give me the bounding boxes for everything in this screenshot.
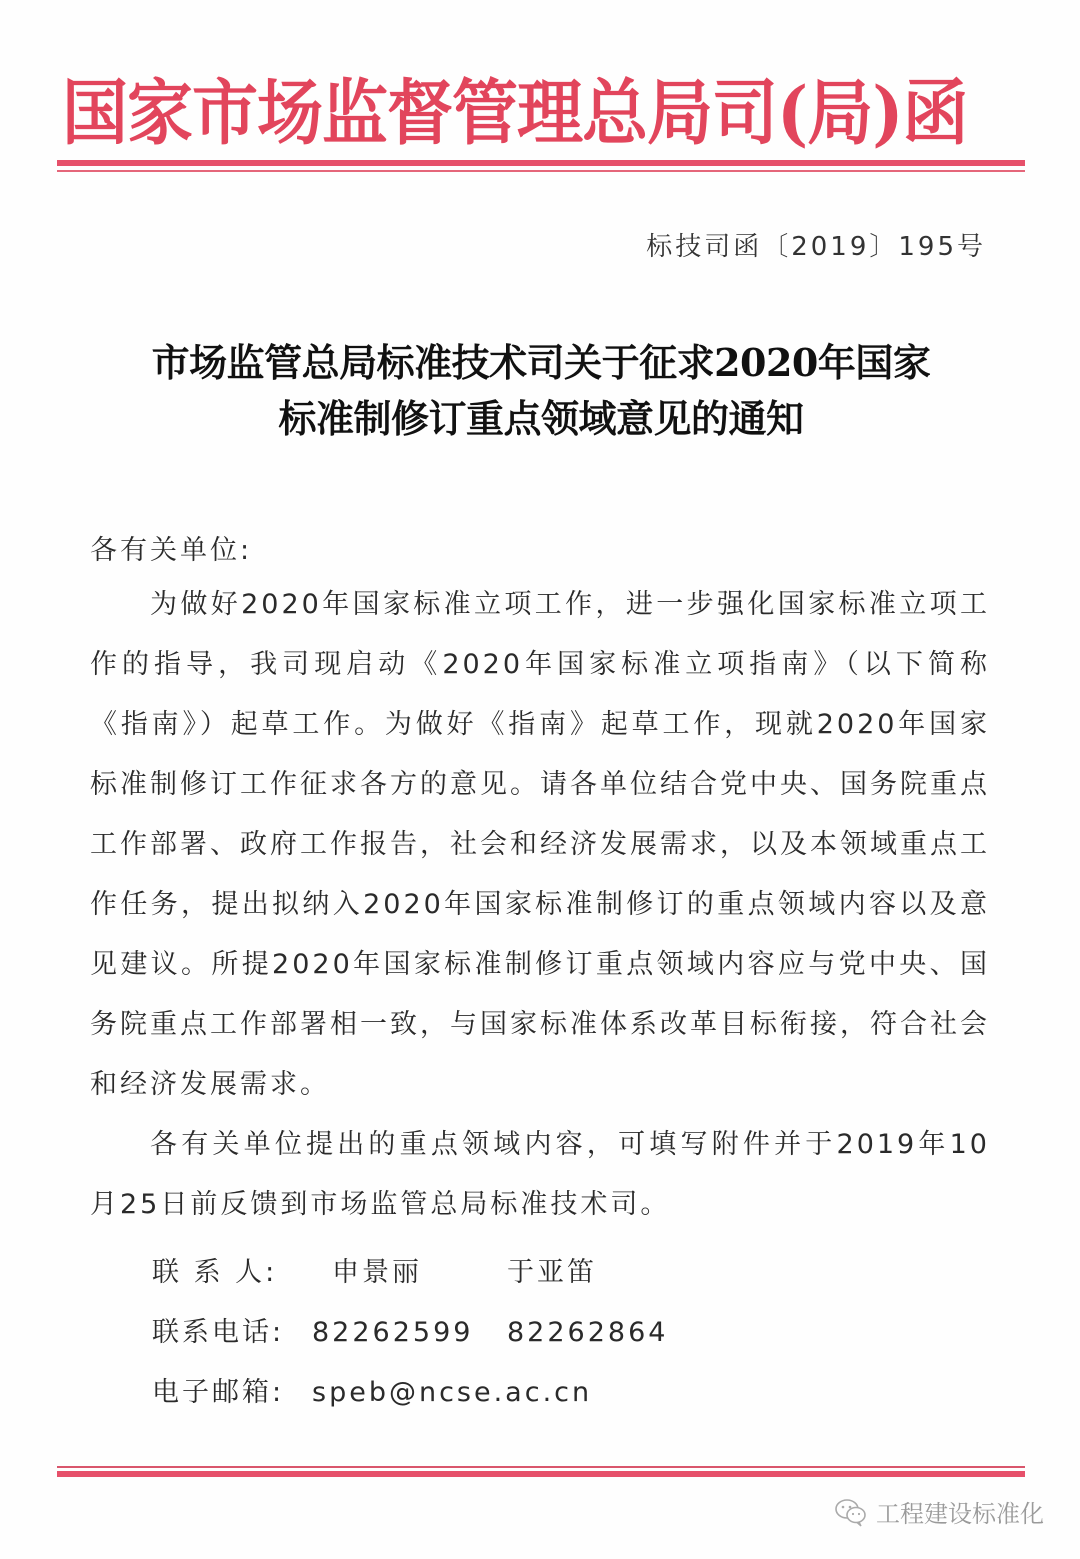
body-paragraph-1: 为做好2020年国家标准立项工作，进一步强化国家标准立项工作的指导，我司现启动《… — [90, 575, 990, 1115]
contact-person-1: 申景丽 — [312, 1250, 507, 1289]
contact-people-label: 联 系 人: — [152, 1250, 312, 1289]
body-paragraph-2: 各有关单位提出的重点领域内容，可填写附件并于2019年10月25日前反馈到市场监… — [90, 1115, 990, 1235]
divider-thick-line — [57, 1471, 1025, 1477]
letterhead-title: 国家市场监督管理总局司(局)函 — [62, 64, 1022, 161]
contact-phone-1: 82262599 — [312, 1317, 507, 1348]
contact-email-label: 电子邮箱: — [152, 1370, 312, 1409]
document-page: 国家市场监督管理总局司(局)函 标技司函〔2019〕195号 市场监管总局标准技… — [0, 0, 1080, 1559]
notice-title: 市场监管总局标准技术司关于征求2020年国家 标准制修订重点领域意见的通知 — [86, 335, 996, 447]
contact-people-row: 联 系 人:申景丽于亚笛 — [152, 1250, 597, 1289]
notice-title-line-2: 标准制修订重点领域意见的通知 — [86, 391, 996, 447]
contact-email[interactable]: speb@ncse.ac.cn — [312, 1377, 592, 1408]
contact-phone-row: 联系电话:8226259982262864 — [152, 1310, 668, 1349]
document-number: 标技司函〔2019〕195号 — [646, 226, 986, 263]
notice-title-line-1: 市场监管总局标准技术司关于征求2020年国家 — [86, 335, 996, 391]
contact-phone-label: 联系电话: — [152, 1310, 312, 1349]
wechat-icon — [834, 1497, 868, 1527]
divider-thin-line — [57, 1466, 1025, 1468]
watermark: 工程建设标准化 — [834, 1494, 1044, 1529]
contact-email-row: 电子邮箱:speb@ncse.ac.cn — [152, 1370, 592, 1409]
watermark-text: 工程建设标准化 — [876, 1494, 1044, 1529]
contact-phone-2: 82262864 — [507, 1317, 668, 1348]
divider-thin-line — [57, 170, 1025, 172]
divider-thick-line — [57, 160, 1025, 166]
salutation: 各有关单位: — [90, 528, 252, 567]
contact-person-2: 于亚笛 — [507, 1250, 597, 1289]
